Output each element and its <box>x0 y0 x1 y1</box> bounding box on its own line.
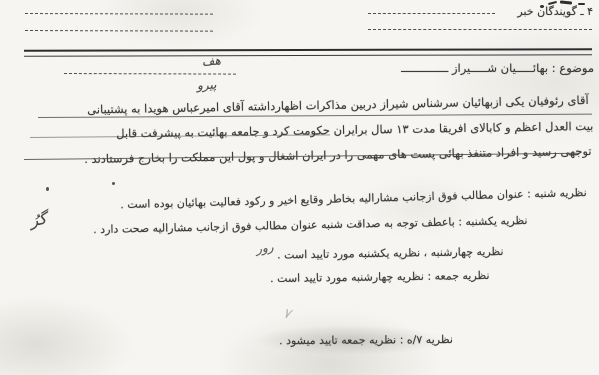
subject-line: موضوع : بهائـــــیان شـــــیراز ــــــــ… <box>401 61 594 75</box>
dotted-rule <box>64 73 236 75</box>
opinion-saturday: نظریه شنبه : عنوان مطالب فوق ازجانب مشار… <box>121 186 588 211</box>
opinion-7h: نظریه ۷/ه : نظریه جمعه تایید میشود . <box>279 333 453 347</box>
handwritten-reference-mark: هف <box>202 53 222 68</box>
handwritten-reference-mark: پیرو <box>197 78 217 93</box>
ink-speck <box>46 187 49 191</box>
subject-dash-fill: ــــــــــــــ <box>401 61 448 75</box>
subject-label: موضوع : <box>552 61 594 75</box>
ink-speck <box>112 182 115 185</box>
body-line-1: آقای رئوفیان یکی ازبهائیان سرشناس شیراز … <box>88 93 590 117</box>
dotted-rule <box>368 29 592 30</box>
body-line-2: بیت العدل اعظم و کابالای افریقا مدت ۱۳ س… <box>116 119 593 140</box>
opinion-wednesday: نظریه چهارشنبه ، نظریه یکشنبه مورد تایید… <box>277 245 504 262</box>
opinion-sunday: نظریه یکشنبه : باعطف توجه به صداقت شنبه … <box>93 214 528 236</box>
header-item-4: ۴ ـ گویندگان خبر <box>517 5 593 18</box>
cropped-text-fragment <box>560 0 572 4</box>
dotted-rule <box>368 13 495 14</box>
subject-value: بهائـــــیان شـــــیراز <box>452 61 548 75</box>
faint-pencil-mark: ٧ <box>281 305 292 322</box>
dotted-rule <box>25 13 213 15</box>
dotted-rule <box>25 30 213 32</box>
handwritten-initial-wednesday: رور <box>255 240 274 256</box>
scanned-document-page: ۴ ـ گویندگان خبر موضوع : بهائـــــیان شـ… <box>0 0 599 375</box>
opinion-friday: نظریه جمعه : نظریه چهارشنبه مورد تایید ا… <box>270 269 490 285</box>
handwritten-initial-sunday: گرُ <box>28 209 48 231</box>
section-divider-rule <box>24 48 592 56</box>
